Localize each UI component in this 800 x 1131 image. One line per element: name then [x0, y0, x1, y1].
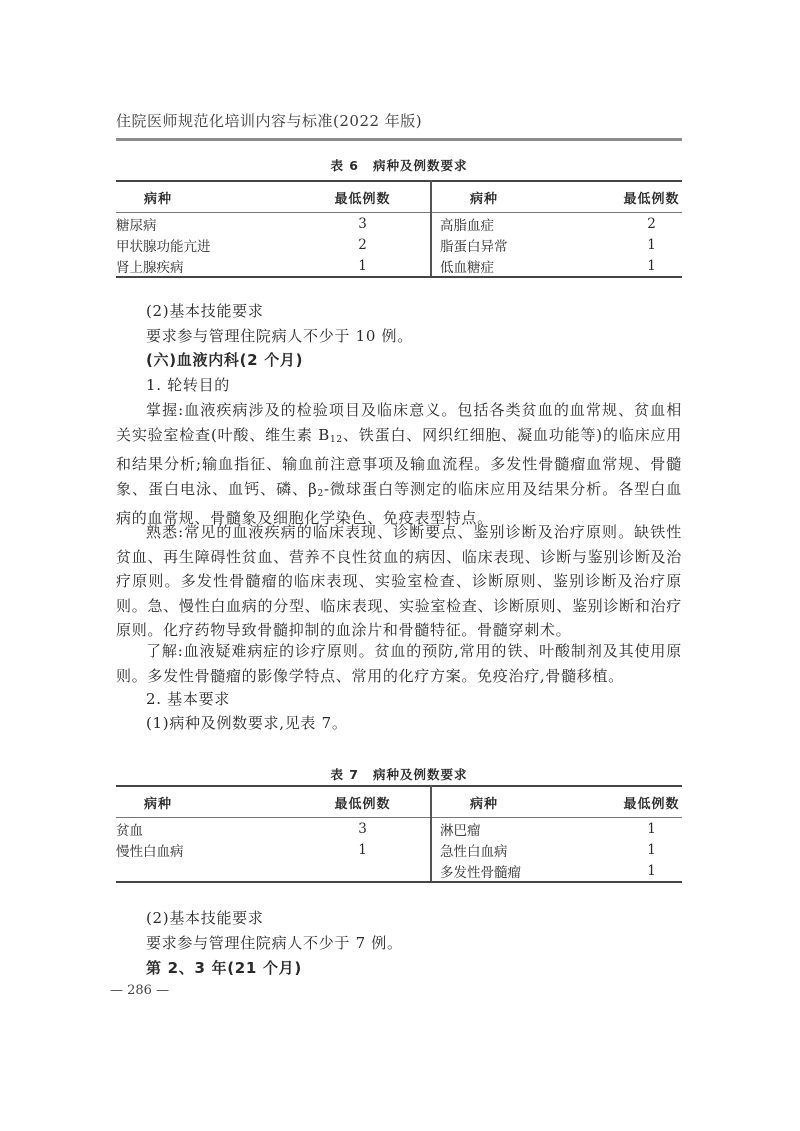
- skill-requirement-text: 要求参与管理住院病人不少于 10 例。: [146, 325, 413, 346]
- table-cell: 1: [621, 255, 682, 277]
- table7-caption-title: 病种及例数要求: [373, 767, 468, 782]
- table-cell: 低血糖症: [431, 255, 621, 277]
- table-cell: 2: [295, 234, 431, 255]
- year-heading: 第 2、3 年(21 个月): [146, 957, 302, 978]
- table-cell: 高脂血症: [431, 213, 621, 235]
- table7-caption: 表 7病种及例数要求: [116, 765, 682, 783]
- table-cell: 淋巴瘤: [431, 818, 621, 840]
- table6-header-disease-2: 病种: [431, 181, 621, 213]
- table6-caption-title: 病种及例数要求: [373, 158, 468, 173]
- table-cell: 急性白血病: [431, 839, 621, 860]
- table-cell: 1: [295, 839, 431, 860]
- table7-header-row: 病种 最低例数 病种 最低例数: [116, 786, 682, 818]
- table7-header-min-cases-1: 最低例数: [295, 786, 431, 818]
- table-cell: 脂蛋白异常: [431, 234, 621, 255]
- department-heading: (六)血液内科(2 个月): [146, 349, 303, 370]
- table-cell: 1: [621, 234, 682, 255]
- page-number: — 286 —: [110, 983, 169, 998]
- disease-requirement-text: (1)病种及例数要求,见表 7。: [146, 712, 348, 733]
- skill-requirement-text-2: 要求参与管理住院病人不少于 7 例。: [146, 932, 403, 953]
- table-cell: 慢性白血病: [116, 839, 295, 860]
- table-cell: 甲状腺功能亢进: [116, 234, 295, 255]
- table-row: 多发性骨髓瘤 1: [116, 860, 682, 882]
- skill-requirement-heading-2: (2)基本技能要求: [146, 907, 264, 928]
- table-cell: 3: [295, 818, 431, 840]
- table6: 病种 最低例数 病种 最低例数 糖尿病 3 高脂血症 2 甲状腺功能亢进 2 脂…: [116, 180, 682, 278]
- rotation-goal-heading: 1. 轮转目的: [146, 374, 230, 395]
- master-paragraph: 掌握:血液疾病涉及的检验项目及临床意义。包括各类贫血的血常规、贫血相关实验室检查…: [116, 398, 682, 531]
- table-cell: 糖尿病: [116, 213, 295, 235]
- table6-header-min-cases-2: 最低例数: [621, 181, 682, 213]
- skill-requirement-heading: (2)基本技能要求: [146, 300, 264, 321]
- basic-requirement-heading: 2. 基本要求: [146, 688, 230, 709]
- table-cell: 1: [621, 860, 682, 882]
- table7-header-disease-2: 病种: [431, 786, 621, 818]
- table-cell: 贫血: [116, 818, 295, 840]
- running-head: 住院医师规范化培训内容与标准(2022 年版): [116, 110, 422, 131]
- table-row: 糖尿病 3 高脂血症 2: [116, 213, 682, 235]
- table7-header-disease-1: 病种: [116, 786, 295, 818]
- header-rule: [116, 138, 682, 141]
- table-cell: 1: [621, 818, 682, 840]
- table-cell: [295, 860, 431, 882]
- table7-caption-number: 表 7: [330, 767, 359, 782]
- table6-header-disease-1: 病种: [116, 181, 295, 213]
- table6-caption-number: 表 6: [330, 158, 359, 173]
- table-cell: 3: [295, 213, 431, 235]
- table-cell: 多发性骨髓瘤: [431, 860, 621, 882]
- table7: 病种 最低例数 病种 最低例数 贫血 3 淋巴瘤 1 慢性白血病 1 急性白血病…: [116, 785, 682, 883]
- understand-paragraph: 了解:血液疑难病症的诊疗原则。贫血的预防,常用的铁、叶酸制剂及其使用原则。多发性…: [116, 639, 682, 688]
- table-row: 慢性白血病 1 急性白血病 1: [116, 839, 682, 860]
- table-cell: 肾上腺疾病: [116, 255, 295, 277]
- table6-caption: 表 6病种及例数要求: [116, 156, 682, 174]
- familiar-paragraph: 熟悉:常见的血液疾病的临床表现、诊断要点、鉴别诊断及治疗原则。缺铁性贫血、再生障…: [116, 520, 682, 643]
- table6-header-min-cases-1: 最低例数: [295, 181, 431, 213]
- table-row: 贫血 3 淋巴瘤 1: [116, 818, 682, 840]
- table-row: 肾上腺疾病 1 低血糖症 1: [116, 255, 682, 277]
- table-cell: 1: [295, 255, 431, 277]
- table6-header-row: 病种 最低例数 病种 最低例数: [116, 181, 682, 213]
- table-cell: [116, 860, 295, 882]
- table7-header-min-cases-2: 最低例数: [621, 786, 682, 818]
- table-cell: 2: [621, 213, 682, 235]
- table-row: 甲状腺功能亢进 2 脂蛋白异常 1: [116, 234, 682, 255]
- table-cell: 1: [621, 839, 682, 860]
